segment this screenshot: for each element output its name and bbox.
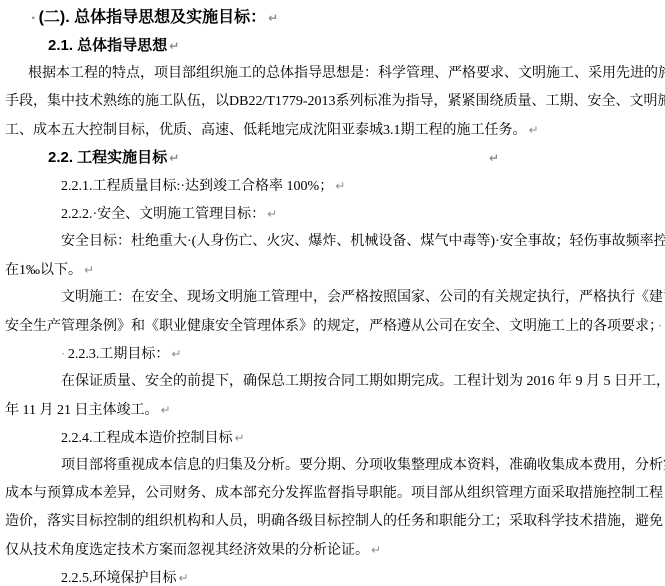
pilcrow-mark: ↵ [179, 571, 189, 585]
document-line: 2.2.1.工程质量目标:·达到竣工合格率 100%；↵ [0, 172, 665, 200]
document-line: 年 11 月 21 日主体竣工。↵ [0, 396, 665, 424]
space-mark: · [31, 11, 36, 25]
document-line: 项目部将重视成本信息的归集及分析。要分期、分项收集整理成本资料，准确收集成本费用… [0, 452, 665, 480]
document-window: html, body { margin: 0; padding: 0; back… [0, 0, 665, 586]
line-text: (二). 总体指导思想及实施目标： [39, 9, 267, 26]
document-line: 2.1. 总体指导思想↵ [0, 32, 665, 60]
document-page: { "meta": { "background_color": "#ffffff… [0, 0, 665, 586]
line-text: 造价，落实目标控制的组织机构和人员，明确各级目标控制人的任务和职能分工；采取科学… [5, 514, 663, 529]
pilcrow-mark: ↵ [529, 123, 539, 137]
document-line: 在保证质量、安全的前提下，确保总工期按合同工期如期完成。工程计划为 2016 年… [0, 368, 665, 396]
pilcrow-mark: ↵ [235, 431, 245, 445]
line-text: 2.2.2.·安全、文明施工管理目标： [61, 207, 265, 222]
line-text: 2.2.3.工期目标： [68, 347, 170, 362]
line-text: 2.2.5.环境保护目标 [61, 571, 177, 586]
pilcrow-mark: ↵ [84, 263, 94, 277]
document-line: 手段，集中技术熟练的施工队伍，以DB22/T1779-2013系列标准为指导，紧… [0, 88, 665, 116]
document-line: 造价，落实目标控制的组织机构和人员，明确各级目标控制人的任务和职能分工；采取科学… [0, 508, 665, 536]
document-line: 安全目标：杜绝重大·(人身伤亡、火灾、爆炸、机械设备、煤气中毒等)·安全事故；轻… [0, 228, 665, 256]
document-line: 在1‰以下。↵ [0, 256, 665, 284]
document-line: ·2.2.3.工期目标：↵ [0, 340, 665, 368]
document-line: 成本与预算成本差异，公司财务、成本部充分发挥监督指导职能。项目部从组织管理方面采… [0, 480, 665, 508]
document-line: 安全生产管理条例》和《职业健康安全管理体系》的规定，严格遵从公司在安全、文明施工… [0, 312, 665, 340]
line-text: 在1‰以下。 [5, 263, 82, 278]
document-line: ·(二). 总体指导思想及实施目标：↵ [0, 4, 665, 32]
document-line: 2.2. 工程实施目标↵↵ [0, 144, 665, 172]
document-line: 2.2.2.·安全、文明施工管理目标：↵ [0, 200, 665, 228]
line-text: 年 11 月 21 日主体竣工。 [5, 403, 158, 418]
document-line: 根据本工程的特点，项目部组织施工的总体指导思想是：科学管理、严格要求、文明施工、… [0, 60, 665, 88]
pilcrow-mark: ↵ [335, 179, 345, 193]
pilcrow-mark: ↵ [489, 144, 499, 172]
line-text: 根据本工程的特点，项目部组织施工的总体指导思想是：科学管理、严格要求、文明施工、… [28, 66, 665, 81]
pilcrow-mark: ↵ [267, 207, 277, 221]
line-text: 仅从技术角度选定技术方案而忽视其经济效果的分析论证。 [5, 543, 369, 558]
document-line: 仅从技术角度选定技术方案而忽视其经济效果的分析论证。↵ [0, 536, 665, 564]
line-text: 在保证质量、安全的前提下，确保总工期按合同工期如期完成。工程计划为 2016 年… [61, 374, 665, 389]
pilcrow-mark: ↵ [169, 151, 179, 165]
document-body: ·(二). 总体指导思想及实施目标：↵2.1. 总体指导思想↵根据本工程的特点，… [0, 0, 665, 586]
line-text: 安全目标：杜绝重大·(人身伤亡、火灾、爆炸、机械设备、煤气中毒等)·安全事故；轻… [61, 234, 665, 249]
line-text: 2.2.4.工程成本造价控制目标 [61, 431, 233, 446]
pilcrow-mark: ↵ [160, 403, 170, 417]
document-line: 文明施工：在安全、现场文明施工管理中，会严格按照国家、公司的有关规定执行，严格执… [0, 284, 665, 312]
document-line: 2.2.4.工程成本造价控制目标↵ [0, 424, 665, 452]
pilcrow-mark: ↵ [268, 11, 278, 25]
line-text: 手段，集中技术熟练的施工队伍，以DB22/T1779-2013系列标准为指导，紧… [5, 94, 665, 109]
line-text: 2.1. 总体指导思想 [48, 37, 167, 54]
pilcrow-mark: · · ·↵ [658, 319, 665, 333]
pilcrow-mark: ↵ [169, 39, 179, 53]
line-text: 2.2. 工程实施目标 [48, 149, 167, 166]
line-text: 成本与预算成本差异，公司财务、成本部充分发挥监督指导职能。项目部从组织管理方面采… [5, 486, 663, 501]
space-mark: · [61, 347, 65, 361]
line-text: 工、成本五大控制目标，优质、高速、低耗地完成沈阳亚泰城3.1期工程的施工任务。 [5, 123, 527, 138]
line-text: 文明施工：在安全、现场文明施工管理中，会严格按照国家、公司的有关规定执行，严格执… [61, 290, 665, 305]
document-line: 2.2.5.环境保护目标↵ [0, 564, 665, 586]
line-text: 安全生产管理条例》和《职业健康安全管理体系》的规定，严格遵从公司在安全、文明施工… [5, 319, 656, 334]
line-text: 项目部将重视成本信息的归集及分析。要分期、分项收集整理成本资料，准确收集成本费用… [61, 458, 665, 473]
pilcrow-mark: ↵ [171, 347, 181, 361]
document-line: 工、成本五大控制目标，优质、高速、低耗地完成沈阳亚泰城3.1期工程的施工任务。↵ [0, 116, 665, 144]
pilcrow-mark: ↵ [371, 543, 381, 557]
line-text: 2.2.1.工程质量目标:·达到竣工合格率 100%； [61, 179, 333, 194]
